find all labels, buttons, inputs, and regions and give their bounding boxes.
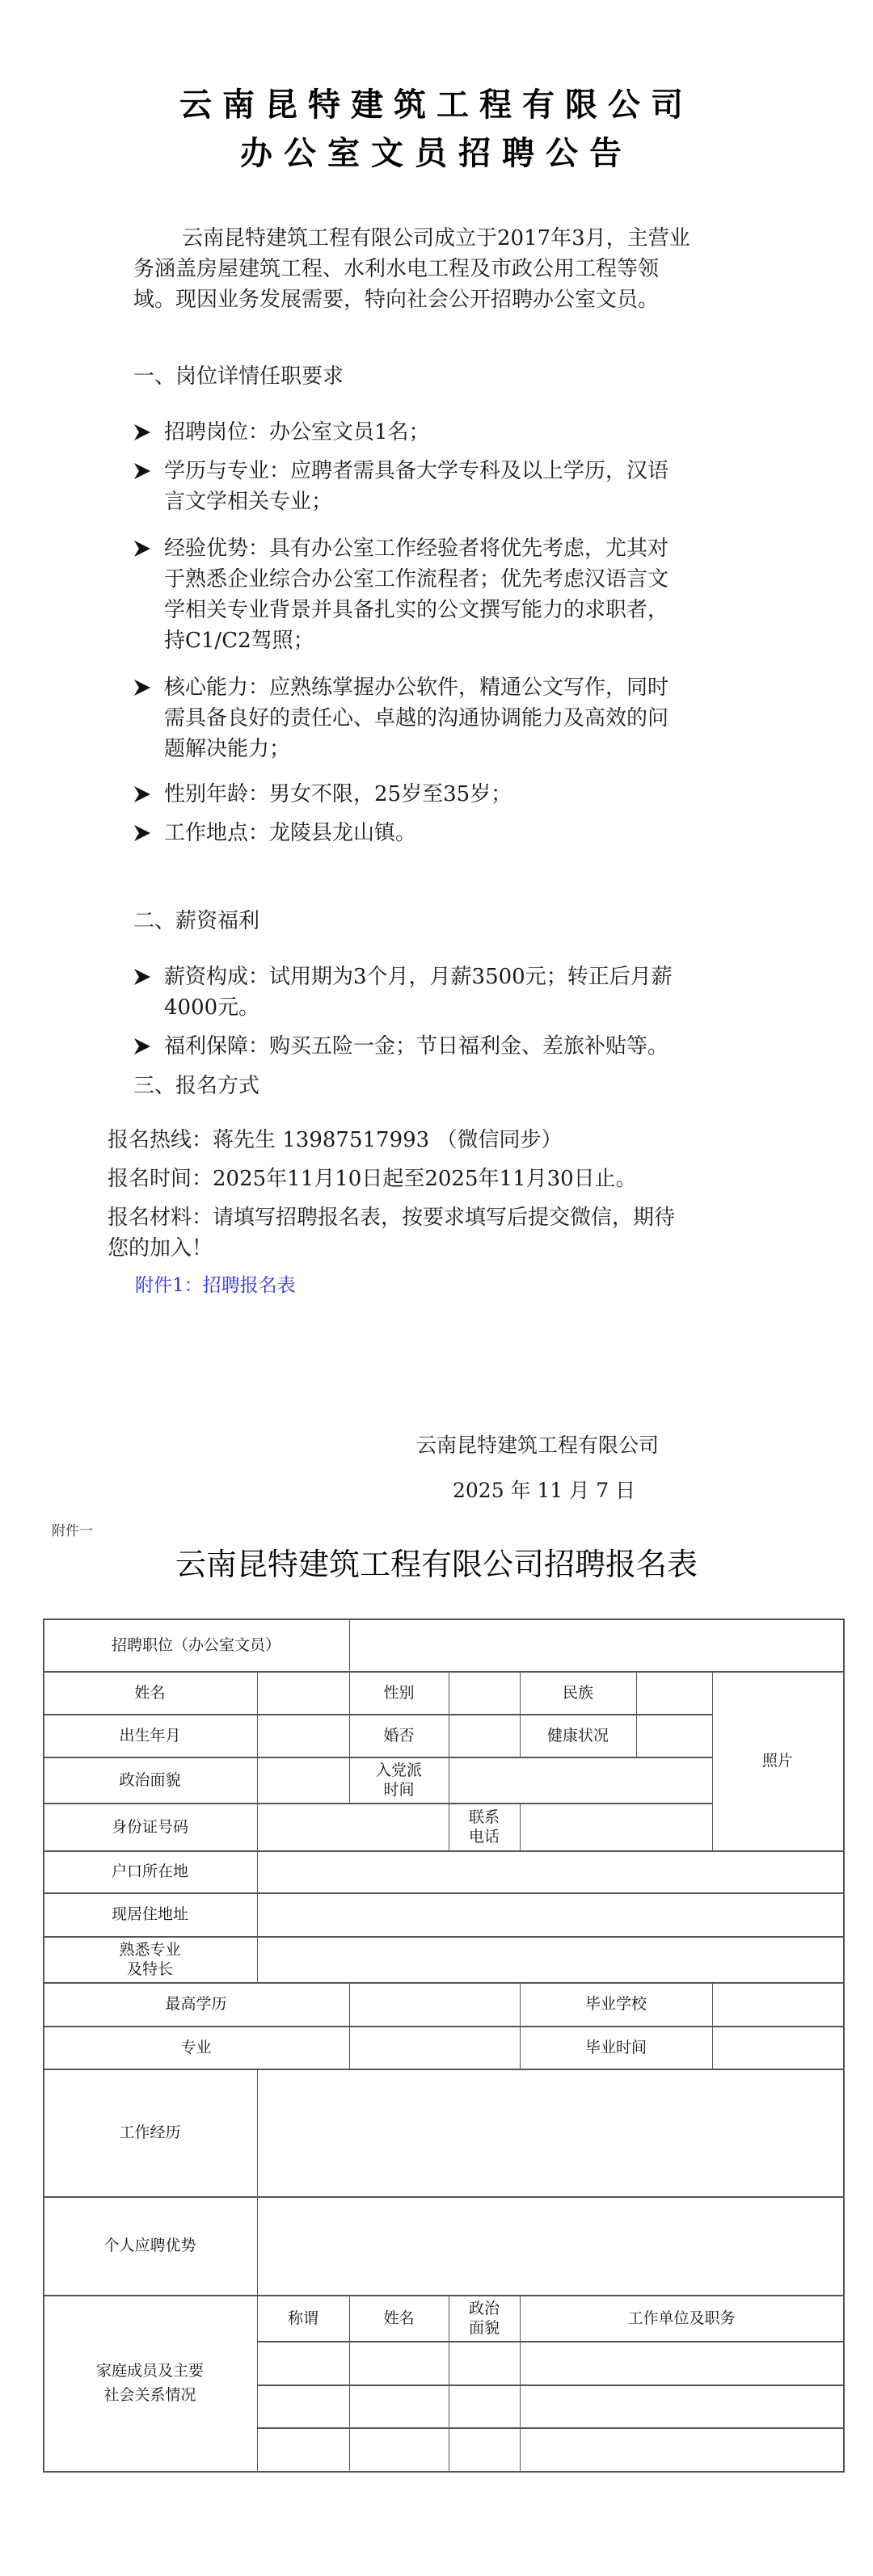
arrow-bullet-icon [133, 823, 151, 844]
list-item: 核心能力：应熟练掌握办公软件，精通公文写作，同时 需具备良好的责任心、卓越的沟通… [133, 672, 748, 764]
health-field[interactable] [637, 1715, 712, 1757]
label-contact-phone: 联系 电话 [449, 1803, 520, 1850]
signature-date: 2025 年 11 月 7 日 [453, 1479, 635, 1503]
label-birth: 出生年月 [43, 1714, 257, 1757]
work-history-field[interactable] [258, 2070, 843, 2196]
major-field[interactable] [350, 2027, 520, 2069]
position-field[interactable] [350, 1620, 843, 1671]
label-advantages: 个人应聘优势 [43, 2196, 257, 2295]
grad-time-field[interactable] [713, 2027, 843, 2069]
section-heading-requirements: 一、岗位详情任职要求 [133, 362, 344, 391]
family-name-field[interactable] [350, 2342, 449, 2384]
label-name: 姓名 [43, 1671, 257, 1714]
family-political-field[interactable] [449, 2342, 520, 2384]
family-header-work: 工作单位及职务 [520, 2295, 843, 2341]
arrow-bullet-icon [133, 422, 151, 443]
application-period: 报名时间：2025年11月10日起至2025年11月30日止。 [108, 1164, 637, 1194]
list-item-text: 经验优势：具有办公室工作经验者将优先考虑，尤其对 [164, 533, 748, 564]
notice-title-line1: 云南昆特建筑工程有限公司 [0, 87, 873, 123]
political-field[interactable] [258, 1758, 349, 1803]
label-school: 毕业学校 [520, 1982, 712, 2026]
label-political: 政治面貌 [43, 1757, 257, 1803]
application-materials-line: 报名材料：请填写招聘报名表，按要求填写后提交微信，期待 [108, 1202, 675, 1233]
family-header-relation: 称谓 [257, 2295, 349, 2341]
label-id-number: 身份证号码 [43, 1803, 257, 1850]
intro-line: 域。现因业务发展需要，特向社会公开招聘办公室文员。 [133, 284, 659, 315]
list-item-text: 需具备良好的责任心、卓越的沟通协调能力及高效的问 [164, 703, 748, 734]
list-item-text: 招聘岗位：办公室文员1名； [164, 417, 748, 448]
contact-phone-field[interactable] [521, 1804, 712, 1850]
birth-field[interactable] [258, 1715, 349, 1757]
label-marital: 婚否 [349, 1714, 449, 1757]
family-header-political: 政治 面貌 [449, 2295, 520, 2341]
list-item-text: 4000元。 [164, 992, 748, 1023]
family-name-field[interactable] [350, 2386, 449, 2427]
address-field[interactable] [258, 1894, 843, 1936]
label-education: 最高学历 [43, 1982, 349, 2026]
label-grad-time: 毕业时间 [520, 2026, 712, 2069]
attachment-link[interactable]: 附件1：招聘报名表 [135, 1273, 296, 1298]
list-item-text: 薪资构成：试用期为3个月，月薪3500元；转正后月薪 [164, 962, 748, 992]
arrow-bullet-icon [133, 784, 151, 805]
label-address: 现居住地址 [43, 1892, 257, 1936]
family-header-name: 姓名 [349, 2295, 449, 2341]
school-field[interactable] [713, 1984, 843, 2026]
label-hukou: 户口所在地 [43, 1850, 257, 1892]
ethnicity-field[interactable] [637, 1673, 712, 1714]
list-item: 性别年龄：男女不限，25岁至35岁； [133, 779, 748, 810]
label-major: 专业 [43, 2026, 349, 2069]
arrow-bullet-icon [133, 1036, 151, 1057]
family-political-field[interactable] [449, 2386, 520, 2427]
list-item: 招聘岗位：办公室文员1名； [133, 417, 748, 448]
section-heading-salary: 二、薪资福利 [133, 907, 259, 936]
list-item: 经验优势：具有办公室工作经验者将优先考虑，尤其对 于熟悉企业综合办公室工作流程者… [133, 533, 748, 656]
hukou-field[interactable] [258, 1852, 843, 1892]
label-work-history: 工作经历 [43, 2069, 257, 2196]
list-item-text: 题解决能力； [164, 734, 748, 764]
notice-title-line2: 办公室文员招聘公告 [0, 136, 873, 171]
marital-field[interactable] [449, 1715, 520, 1757]
form-title: 云南昆特建筑工程有限公司招聘报名表 [0, 1547, 873, 1582]
label-health: 健康状况 [520, 1714, 636, 1757]
label-gender: 性别 [349, 1671, 449, 1714]
section-heading-application: 三、报名方式 [133, 1071, 259, 1101]
family-political-field[interactable] [449, 2429, 520, 2471]
family-relation-field[interactable] [258, 2386, 349, 2427]
label-ethnicity: 民族 [520, 1671, 636, 1714]
gender-field[interactable] [449, 1673, 520, 1714]
signature-company: 云南昆特建筑工程有限公司 [416, 1433, 659, 1458]
list-item: 薪资构成：试用期为3个月，月薪3500元；转正后月薪 4000元。 [133, 962, 748, 1023]
name-field[interactable] [258, 1673, 349, 1714]
list-item-text: 福利保障：购买五险一金；节日福利金、差旅补贴等。 [164, 1031, 748, 1062]
arrow-bullet-icon [133, 538, 151, 559]
intro-line: 云南昆特建筑工程有限公司成立于2017年3月，主营业 [182, 223, 690, 254]
list-item: 工作地点：龙陵县龙山镇。 [133, 818, 748, 848]
family-work-field[interactable] [521, 2342, 843, 2384]
family-name-field[interactable] [350, 2429, 449, 2471]
list-item-text: 学历与专业：应聘者需具备大学专科及以上学历，汉语 [164, 456, 748, 486]
id-number-field[interactable] [258, 1804, 449, 1850]
photo-box[interactable]: 照片 [712, 1671, 843, 1850]
family-work-field[interactable] [521, 2386, 843, 2427]
arrow-bullet-icon [133, 966, 151, 987]
list-item-text: 持C1/C2驾照； [164, 625, 748, 656]
list-item-text: 于熟悉企业综合办公室工作流程者；优先考虑汉语言文 [164, 564, 748, 595]
specialty-field[interactable] [258, 1938, 843, 1982]
family-work-field[interactable] [521, 2429, 843, 2471]
family-relation-field[interactable] [258, 2429, 349, 2471]
list-item-text: 工作地点：龙陵县龙山镇。 [164, 818, 748, 848]
label-position: 招聘职位（办公室文员） [43, 1618, 349, 1671]
label-family: 家庭成员及主要 社会关系情况 [43, 2295, 257, 2471]
education-field[interactable] [350, 1984, 520, 2026]
arrow-bullet-icon [133, 461, 151, 482]
label-specialty: 熟悉专业 及特长 [43, 1936, 257, 1982]
list-item-text: 言文学相关专业； [164, 486, 748, 517]
list-item-text: 核心能力：应熟练掌握办公软件，精通公文写作，同时 [164, 672, 748, 703]
advantages-field[interactable] [258, 2198, 843, 2295]
intro-line: 务涵盖房屋建筑工程、水利水电工程及市政公用工程等领 [133, 254, 659, 284]
list-item: 福利保障：购买五险一金；节日福利金、差旅补贴等。 [133, 1031, 748, 1062]
attachment-label: 附件一 [52, 1519, 93, 1539]
list-item-text: 性别年龄：男女不限，25岁至35岁； [164, 779, 748, 810]
application-materials-line: 您的加入！ [108, 1233, 213, 1264]
family-relation-field[interactable] [258, 2342, 349, 2384]
arrow-bullet-icon [133, 677, 151, 698]
application-hotline: 报名热线：蒋先生 13987517993 （微信同步） [108, 1125, 563, 1155]
list-item-text: 学相关专业背景并具备扎实的公文撰写能力的求职者， [164, 595, 748, 625]
party-join-time-field[interactable] [449, 1758, 712, 1803]
label-party-join-time: 入党派 时间 [349, 1757, 449, 1803]
list-item: 学历与专业：应聘者需具备大学专科及以上学历，汉语 言文学相关专业； [133, 456, 748, 517]
